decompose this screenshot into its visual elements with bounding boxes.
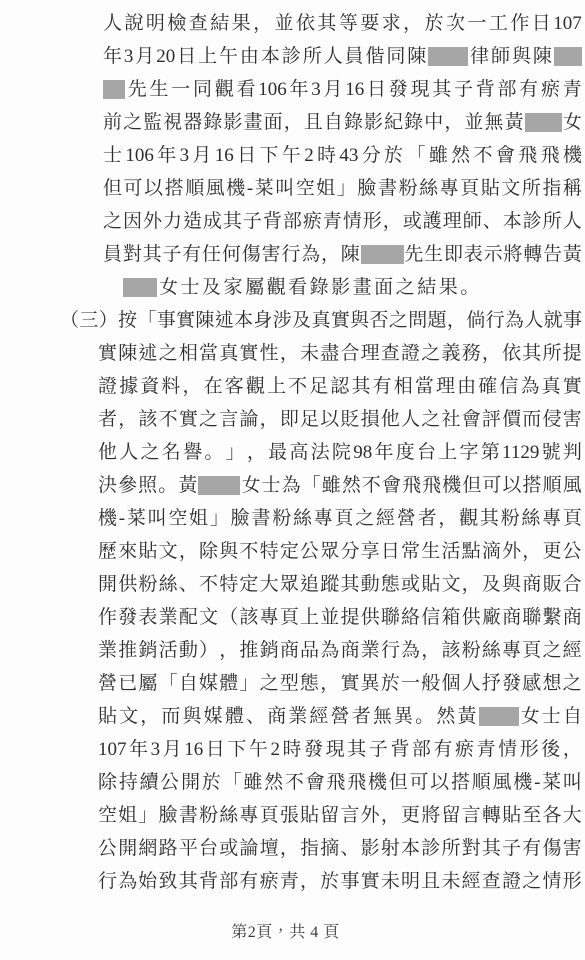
text-line: 實陳述之相當真實性，未盡合理查證之義務，依其所提 [98, 337, 582, 370]
text-line: 107年3月16日下午2時發現其子背部有瘀青情形後， [98, 733, 582, 766]
text-line: 士106年3月16日下午2時43分於「雖然不會飛飛機 [103, 139, 582, 172]
text-line: 業推銷活動），推銷商品為商業行為，該粉絲專頁之經 [98, 634, 582, 667]
text-line: 歷來貼文，除與不特定公眾分享日常生活點滴外，更公 [98, 535, 582, 568]
text-line: （三）按「事實陳述本身涉及真實與否之問題，倘行為人就事 [60, 304, 582, 337]
text-line: 行為始致其背部有瘀青，於事實未明且未經查證之情形 [98, 865, 582, 898]
redaction-box [525, 113, 562, 132]
text-line: 年3月20日上午由本診所人員偕同陳律師與陳 [103, 40, 582, 73]
text-line: 員對其子有任何傷害行為，陳先生即表示將轉告黃 [103, 238, 582, 271]
redaction-box [554, 47, 582, 66]
redaction-box [103, 80, 125, 99]
text-line: 機-菜叫空姐」臉書粉絲專頁之經營者，觀其粉絲專頁 [98, 502, 582, 535]
document-body: 人說明檢查結果，並依其等要求，於次一工作日107年3月20日上午由本診所人員偕同… [0, 7, 585, 898]
text-line: 先生一同觀看106年3月16日發現其子背部有瘀青 [103, 73, 582, 106]
page-number-footer: 第2頁，共 4 頁 [0, 919, 571, 942]
text-line: 空姐」臉書粉絲專頁張貼留言外，更將留言轉貼至各大 [98, 799, 582, 832]
redaction-box [198, 476, 240, 495]
text-line: 除持續公開於「雖然不會飛飛機但可以搭順風機-菜叫 [98, 766, 582, 799]
text-line: 公開網路平台或論壇，指摘、影射本診所對其子有傷害 [98, 832, 582, 865]
spacer [103, 292, 120, 293]
redaction-box [123, 278, 157, 297]
text-line: 貼文，而與媒體、商業經營者無異。然黃女士自 [98, 700, 582, 733]
text-line: 女士及家屬觀看錄影畫面之結果。 [103, 271, 582, 304]
text-line: 證據資料，在客觀上不足認其有相當理由確信為真實 [98, 370, 582, 403]
text-line: 決參照。黃女士為「雖然不會飛飛機但可以搭順風 [98, 469, 582, 502]
text-line: 開供粉絲、不特定大眾追蹤其動態或貼文，及與商販合 [98, 568, 582, 601]
text-line: 他人之名譽。」，最高法院98年度台上字第1129號判 [98, 436, 582, 469]
text-line: 者，該不實之言論，即足以貶損他人之社會評價而侵害 [98, 403, 582, 436]
document-page: 人說明檢查結果，並依其等要求，於次一工作日107年3月20日上午由本診所人員偕同… [0, 0, 585, 960]
text-line: 人說明檢查結果，並依其等要求，於次一工作日107 [103, 7, 582, 40]
text-line: 之因外力造成其子背部瘀青情形，或護理師、本診所人 [103, 205, 582, 238]
text-line: 作發表業配文（該專頁上並提供聯絡信箱供廠商聯繫商 [98, 601, 582, 634]
redaction-box [428, 47, 468, 66]
text-line: 但可以搭順風機-菜叫空姐」臉書粉絲專頁貼文所指稱 [103, 172, 582, 205]
text-line: 前之監視器錄影畫面，且自錄影紀錄中，並無黃女 [103, 106, 582, 139]
redaction-box [361, 245, 404, 264]
text-line: 營已屬「自媒體」之型態，實異於一般個人抒發感想之 [98, 667, 582, 700]
redaction-box [479, 707, 519, 726]
